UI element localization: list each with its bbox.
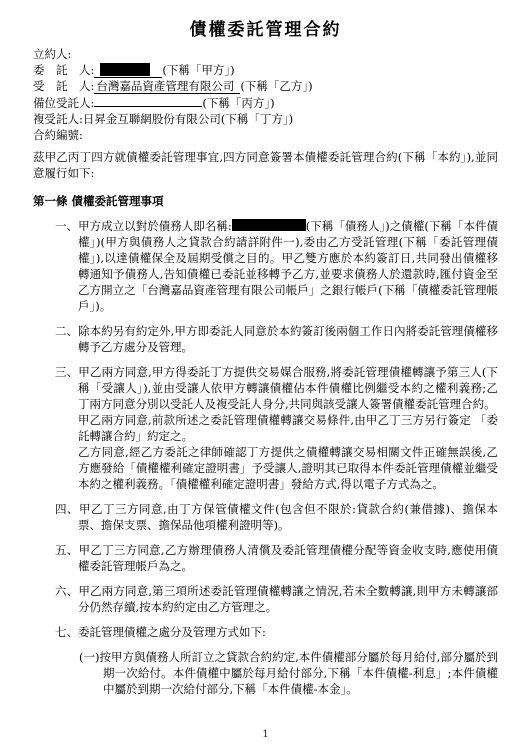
party-line-intro: 立約人: [33, 46, 498, 62]
trustee-name: 台灣嘉品資產管理有限公司 [94, 79, 240, 94]
party-intro-label: 立約人: [33, 47, 71, 61]
contract-sub-item-1: (一)按甲方與債務人所訂立之貸款合約約定,本件債權部分屬於每月給付,部分屬於到期… [33, 649, 498, 697]
item-marker: 三、 [55, 365, 78, 379]
item-text: 委託管理債權之處分及管理方式如下: [78, 625, 266, 639]
trustee-label: 受 託 人: [33, 79, 94, 93]
party-line-entrustor: 委 託 人:(下稱「甲方」) [33, 62, 498, 78]
contract-item-3: 三、甲乙兩方同意,甲方得委託丁方提供交易媒合服務,將委託管理債權轉讓予第三人(下… [33, 364, 498, 492]
contract-item-5: 五、甲乙丁三方同意,乙方辦理債務人清償及委託管理債權分配等資金收支時,應使用債權… [33, 542, 498, 574]
contract-item-1: 一、甲方成立以對於債務人即名稱:(下稱「債務人」)之債權(下稱「本件債權」)(甲… [33, 218, 498, 314]
section-heading: 第一條 債權委託管理事項 [33, 193, 498, 209]
item-paragraph: 五、甲乙丁三方同意,乙方辦理債務人清償及委託管理債權分配等資金收支時,應使用債權… [78, 542, 498, 574]
preamble: 茲甲乙丙丁四方就債權委託管理事宜,四方同意簽署本債權委託管理合約(下稱「本約」)… [33, 149, 498, 181]
item-marker: 一、 [55, 219, 78, 233]
entrustor-suffix: (下稱「甲方」) [162, 63, 234, 77]
item-paragraph: 六、甲乙兩方同意,第三項所述委託管理債權轉讓之情況,若未全數轉讓,則甲方未轉讓部… [78, 583, 498, 615]
item-marker: 七、 [55, 625, 78, 639]
backup-trustee-label: 備位受託人: [33, 96, 94, 110]
item-paragraph: 二、除本約另有約定外,甲方即委託人同意於本約簽訂後兩個工作日內將委託管理債權移轉… [78, 323, 498, 355]
party-line-trustee: 受 託 人:台灣嘉品資產管理有限公司(下稱「乙方」) [33, 78, 498, 94]
trustee-suffix: (下稱「乙方」) [240, 79, 312, 93]
contract-no-label: 合約編號: [33, 128, 83, 142]
item-marker: 六、 [55, 584, 78, 598]
item-text: (下稱「債務人」)之債權(下稱「本件債權」)(甲方與債務人之貸款合約請詳附件一)… [78, 219, 498, 313]
contract-page: 債權委託管理合約 立約人: 委 託 人:(下稱「甲方」) 受 託 人:台灣嘉品資… [0, 0, 531, 756]
party-line-sub-trustee: 複受託人:日昇金互聯網股份有限公司(下稱「丁方」) [33, 111, 498, 127]
backup-trustee-blank-field [94, 94, 202, 107]
redaction-box [232, 219, 306, 231]
item-text: 甲方成立以對於債務人即名稱: [78, 219, 232, 233]
item-text: 除本約另有約定外,甲方即委託人同意於本約簽訂後兩個工作日內將委託管理債權移轉予乙… [78, 324, 498, 354]
item-paragraph: 四、甲乙丁三方同意,由丁方保管債權文件(包含但不限於:貸款合約(兼借據)、擔保本… [78, 501, 498, 533]
item-marker: 二、 [55, 324, 78, 338]
item-text: 甲乙兩方同意,甲方得委託丁方提供交易媒合服務,將委託管理債權轉讓予第三人(下稱「… [78, 365, 498, 411]
page-title: 債權委託管理合約 [33, 20, 498, 40]
backup-trustee-suffix: (下稱「丙方」) [202, 96, 274, 110]
contract-item-7: 七、委託管理債權之處分及管理方式如下: [33, 624, 498, 640]
sub-trustee-label: 複受託人: [33, 112, 83, 126]
contract-item-6: 六、甲乙兩方同意,第三項所述委託管理債權轉讓之情況,若未全數轉讓,則甲方未轉讓部… [33, 583, 498, 615]
party-line-contract-no: 合約編號: [33, 127, 498, 143]
entrustor-name-field [94, 63, 162, 78]
item-paragraph: 乙方同意,經乙方委託之律師確認丁方提供之債權轉讓交易相關文件正確無誤後,乙方應發… [78, 444, 498, 492]
party-line-backup-trustee: 備位受託人:(下稱「丙方」) [33, 94, 498, 111]
item-marker: 五、 [55, 543, 79, 557]
item-paragraph: 七、委託管理債權之處分及管理方式如下: [78, 624, 498, 640]
contract-item-4: 四、甲乙丁三方同意,由丁方保管債權文件(包含但不限於:貸款合約(兼借據)、擔保本… [33, 501, 498, 533]
sub-trustee-text: 日昇金互聯網股份有限公司(下稱「丁方」) [83, 112, 293, 126]
item-text: 甲乙兩方同意,第三項所述委託管理債權轉讓之情況,若未全數轉讓,則甲方未轉讓部分仍… [78, 584, 498, 614]
sub-item-paragraph: (一)按甲方與債務人所訂立之貸款合約約定,本件債權部分屬於每月給付,部分屬於到期… [103, 649, 498, 697]
item-paragraph: 一、甲方成立以對於債務人即名稱:(下稱「債務人」)之債權(下稱「本件債權」)(甲… [78, 218, 498, 314]
page-number: 1 [0, 727, 531, 743]
item-marker: 四、 [55, 502, 79, 516]
contract-item-2: 二、除本約另有約定外,甲方即委託人同意於本約簽訂後兩個工作日內將委託管理債權移轉… [33, 323, 498, 355]
entrustor-label: 委 託 人: [33, 63, 94, 77]
item-paragraph: 三、甲乙兩方同意,甲方得委託丁方提供交易媒合服務,將委託管理債權轉讓予第三人(下… [78, 364, 498, 412]
item-text: 甲乙丁三方同意,由丁方保管債權文件(包含但不限於:貸款合約(兼借據)、擔保本票、… [78, 502, 498, 532]
item-text: 甲乙丁三方同意,乙方辦理債務人清償及委託管理債權分配等資金收支時,應使用債權委託… [78, 543, 498, 573]
item-paragraph: 甲乙兩方同意,前款所述之委託管理債權轉讓交易條件,由甲乙丁三方另行簽定 「委託轉… [78, 412, 498, 444]
sub-item-marker: (一) [79, 650, 99, 664]
redaction-box [100, 63, 150, 76]
sub-item-text: 按甲方與債務人所訂立之貸款合約約定,本件債權部分屬於每月給付,部分屬於到期一次給… [99, 650, 498, 696]
